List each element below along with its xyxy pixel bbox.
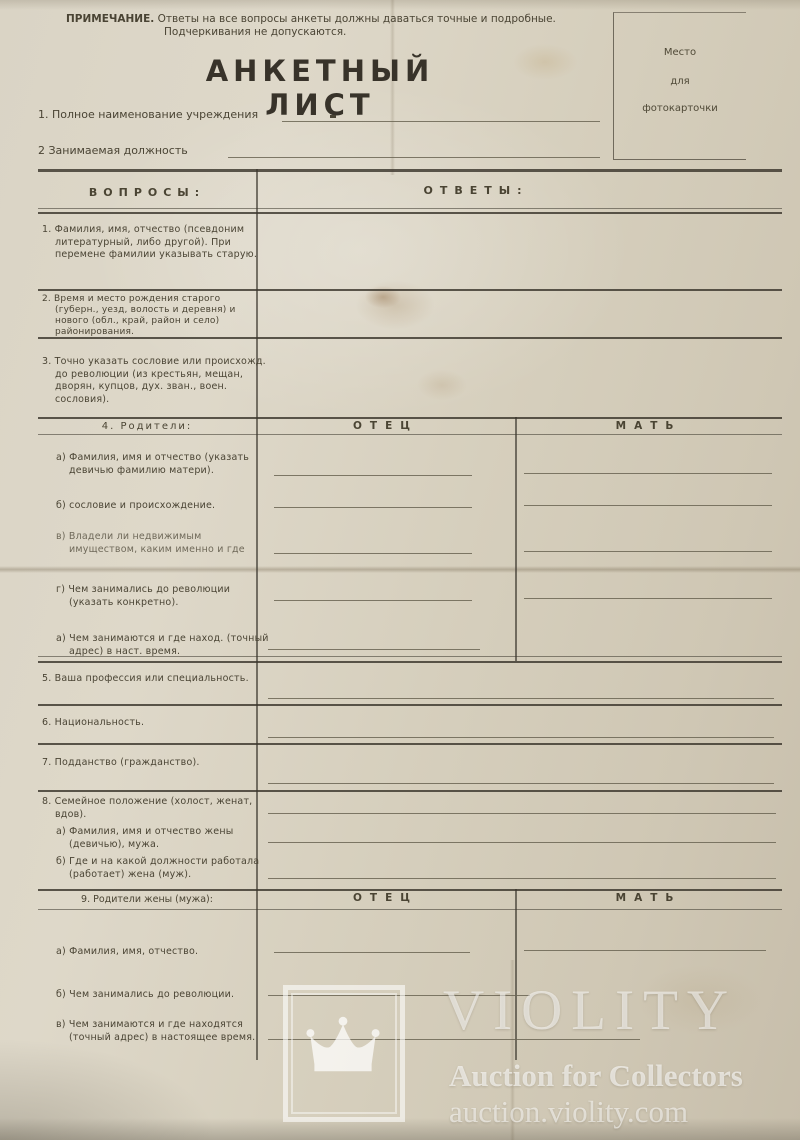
section4-title: 4. Родители: [38,421,256,432]
answer-line-q7 [268,783,774,784]
rule-q7-bottom [38,790,782,792]
field-position-label: 2 Занимаемая должность [38,144,188,157]
question-8a: а) Фамилия, имя и отчество жены (девичью… [56,826,274,851]
answer-line-q8b [268,878,776,879]
rule-parents-bottom [38,661,782,663]
section9-father-header: ОТЕЦ [256,892,515,904]
answer-line-q8a [268,842,776,843]
rule [38,208,782,209]
watermark-brand: VIOLITY [443,978,737,1043]
answer-line-s4v-mother [524,551,772,552]
table-top-border [38,169,782,172]
fold-crease-horizontal [0,566,800,573]
note-text2: Подчеркивания не допускаются. [164,26,611,39]
section4-row-d-label: а) Чем занимаются и где наход. (точный а… [56,633,274,658]
answer-line-s4g-mother [524,598,772,599]
section4-mother-header: МАТЬ [515,420,782,432]
answer-line-s9b [268,995,530,996]
answer-line-s4v-father [274,553,472,554]
rule-q3-bottom [38,417,782,419]
rule-q5-bottom [38,704,782,706]
section9-mother-header: МАТЬ [515,892,782,904]
answer-line-s4d-father [268,649,480,650]
section4-row-g-label: г) Чем занимались до революции (указать … [56,584,271,609]
section9-row-v-label: в) Чем занимаются и где находятся (точны… [56,1019,274,1044]
note-text: Ответы на все вопросы анкеты должны дава… [158,13,556,25]
section9-row-a-label: а) Фамилия, имя, отчество. [56,946,274,959]
column-divider-father-mother-s4 [515,417,517,661]
rule-q8-bottom [38,889,782,891]
rule-q1-bottom [38,289,782,291]
photo-placeholder-box: Место для фотокарточки [613,12,746,160]
rule-parents-header [38,434,782,435]
section4-row-v-label: в) Владели ли недвижимым имуществом, как… [56,531,271,556]
watermark-url: auction.violity.com [449,1094,688,1130]
ink-mark [330,115,336,118]
answer-line-s4a-mother [524,473,772,474]
answer-line-s4g-father [274,600,472,601]
field-institution-label: 1. Полное наименование учреждения [38,108,258,121]
answer-line-s4b-father [274,507,472,508]
question-1: 1. Фамилия, имя, отчество (псевдоним лит… [42,224,267,262]
question-5: 5. Ваша профессия или специальность. [42,673,267,686]
section9-title: 9. Родители жены (мужа): [38,894,256,905]
answer-line-q8-main [268,813,776,814]
column-divider-father-mother-s9 [515,889,517,1060]
note-label: ПРИМЕЧАНИЕ. [66,13,154,25]
rule-q6-bottom [38,743,782,745]
scanned-form-page: ПРИМЕЧАНИЕ. Ответы на все вопросы анкеты… [0,0,800,1140]
watermark-crown-box-inner [291,993,397,1114]
watermark-crown-box [283,985,405,1122]
answer-line-s9a-father [274,952,470,953]
section4-row-a-label: а) Фамилия, имя и отчество (указать деви… [56,452,271,477]
photo-box-line1: Место [614,47,746,58]
watermark-tagline: Auction for Collectors [449,1058,743,1094]
answer-line-s4b-mother [524,505,772,506]
crown-icon [303,1014,383,1076]
question-3: 3. Точно указать сословие или происхожд.… [42,356,267,406]
section4-father-header: ОТЕЦ [256,420,515,432]
answer-line-q6 [268,737,774,738]
photo-box-line3: фотокарточки [614,103,746,114]
section9-row-b-label: б) Чем занимались до революции. [56,989,274,1002]
photo-box-line2: для [614,76,746,87]
question-8b: б) Где и на какой должности работала (ра… [56,856,274,881]
answer-line-s9a-mother [524,950,766,951]
answer-line-s4a-father [274,475,472,476]
rule-s9-header [38,909,782,910]
question-2: 2. Время и место рождения старого (губер… [42,294,267,338]
answer-line-q5 [268,698,774,699]
field-institution-line [282,121,600,122]
answer-line-s9v [268,1039,640,1040]
field-position-line [228,157,600,158]
section4-row-b-label: б) сословие и происхождение. [56,500,271,513]
header-bottom-border [38,212,782,214]
question-8: 8. Семейное положение (холост, женат, вд… [42,796,267,821]
answers-column-header: ОТВЕТЫ: [256,184,696,197]
question-7: 7. Подданство (гражданство). [42,757,267,770]
note: ПРИМЕЧАНИЕ. Ответы на все вопросы анкеты… [66,13,611,39]
questions-column-header: ВОПРОСЫ: [38,186,256,199]
question-6: 6. Национальность. [42,717,267,730]
